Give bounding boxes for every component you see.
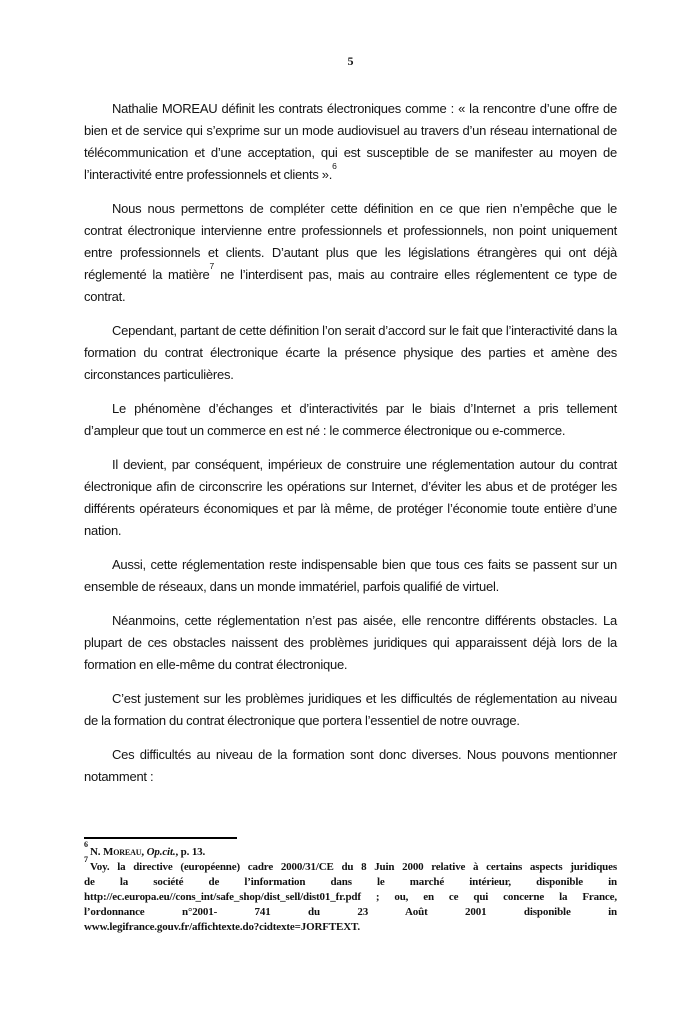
footnote-6-marker: 6: [84, 840, 88, 849]
footnote-7-line: de la société de l’information dans le m…: [84, 875, 617, 890]
footnote-6: 6N. Moreau, Op.cit., p. 13.: [84, 845, 617, 860]
paragraph-interactivite: Cependant, partant de cette définition l…: [84, 320, 617, 386]
footnote-7: 7Voy. la directive (européenne) cadre 20…: [84, 860, 617, 935]
paragraph-objet-ouvrage: C’est justement sur les problèmes juridi…: [84, 688, 617, 732]
footnote-7-line: 7Voy. la directive (européenne) cadre 20…: [84, 860, 617, 875]
footnote-6-author: Moreau: [103, 846, 141, 858]
document-body: Nathalie MOREAU définit les contrats éle…: [84, 98, 617, 800]
paragraph-reglementation-indispensable: Aussi, cette réglementation reste indisp…: [84, 554, 617, 598]
footnote-6-text: N.: [90, 846, 103, 858]
footnote-7-text: Voy. la directive (européenne) cadre 200…: [90, 861, 617, 873]
footnote-ref-6: 6: [332, 161, 337, 171]
paragraph-difficultes-diverses: Ces difficultés au niveau de la formatio…: [84, 744, 617, 788]
footnote-7-marker: 7: [84, 855, 88, 864]
document-page: 5 Nathalie MOREAU définit les contrats é…: [0, 0, 700, 1028]
page-number: 5: [84, 54, 617, 68]
footnote-6-work: Op.cit.: [147, 846, 176, 858]
footnote-7-line: http://ec.europa.eu//cons_int/safe_shop/…: [84, 890, 617, 905]
paragraph-text: Nathalie MOREAU définit les contrats éle…: [84, 101, 617, 182]
paragraph-complement-definition: Nous nous permettons de compléter cette …: [84, 198, 617, 308]
paragraph-reglementation-imperieuse: Il devient, par conséquent, impérieux de…: [84, 454, 617, 542]
footnote-divider: [84, 837, 237, 839]
footnote-7-line: www.legifrance.gouv.fr/affichtexte.do?ci…: [84, 920, 617, 935]
paragraph-definition-moreau: Nathalie MOREAU définit les contrats éle…: [84, 98, 617, 186]
footnotes-section: 6N. Moreau, Op.cit., p. 13. 7Voy. la dir…: [84, 837, 617, 935]
paragraph-obstacles: Néanmoins, cette réglementation n’est pa…: [84, 610, 617, 676]
paragraph-phenomene-echanges: Le phénomène d’échanges et d’interactivi…: [84, 398, 617, 442]
footnote-6-text: , p. 13.: [175, 846, 205, 858]
footnote-ref-7: 7: [210, 261, 215, 271]
footnote-7-line: l’ordonnance n°2001- 741 du 23 Août 2001…: [84, 905, 617, 920]
